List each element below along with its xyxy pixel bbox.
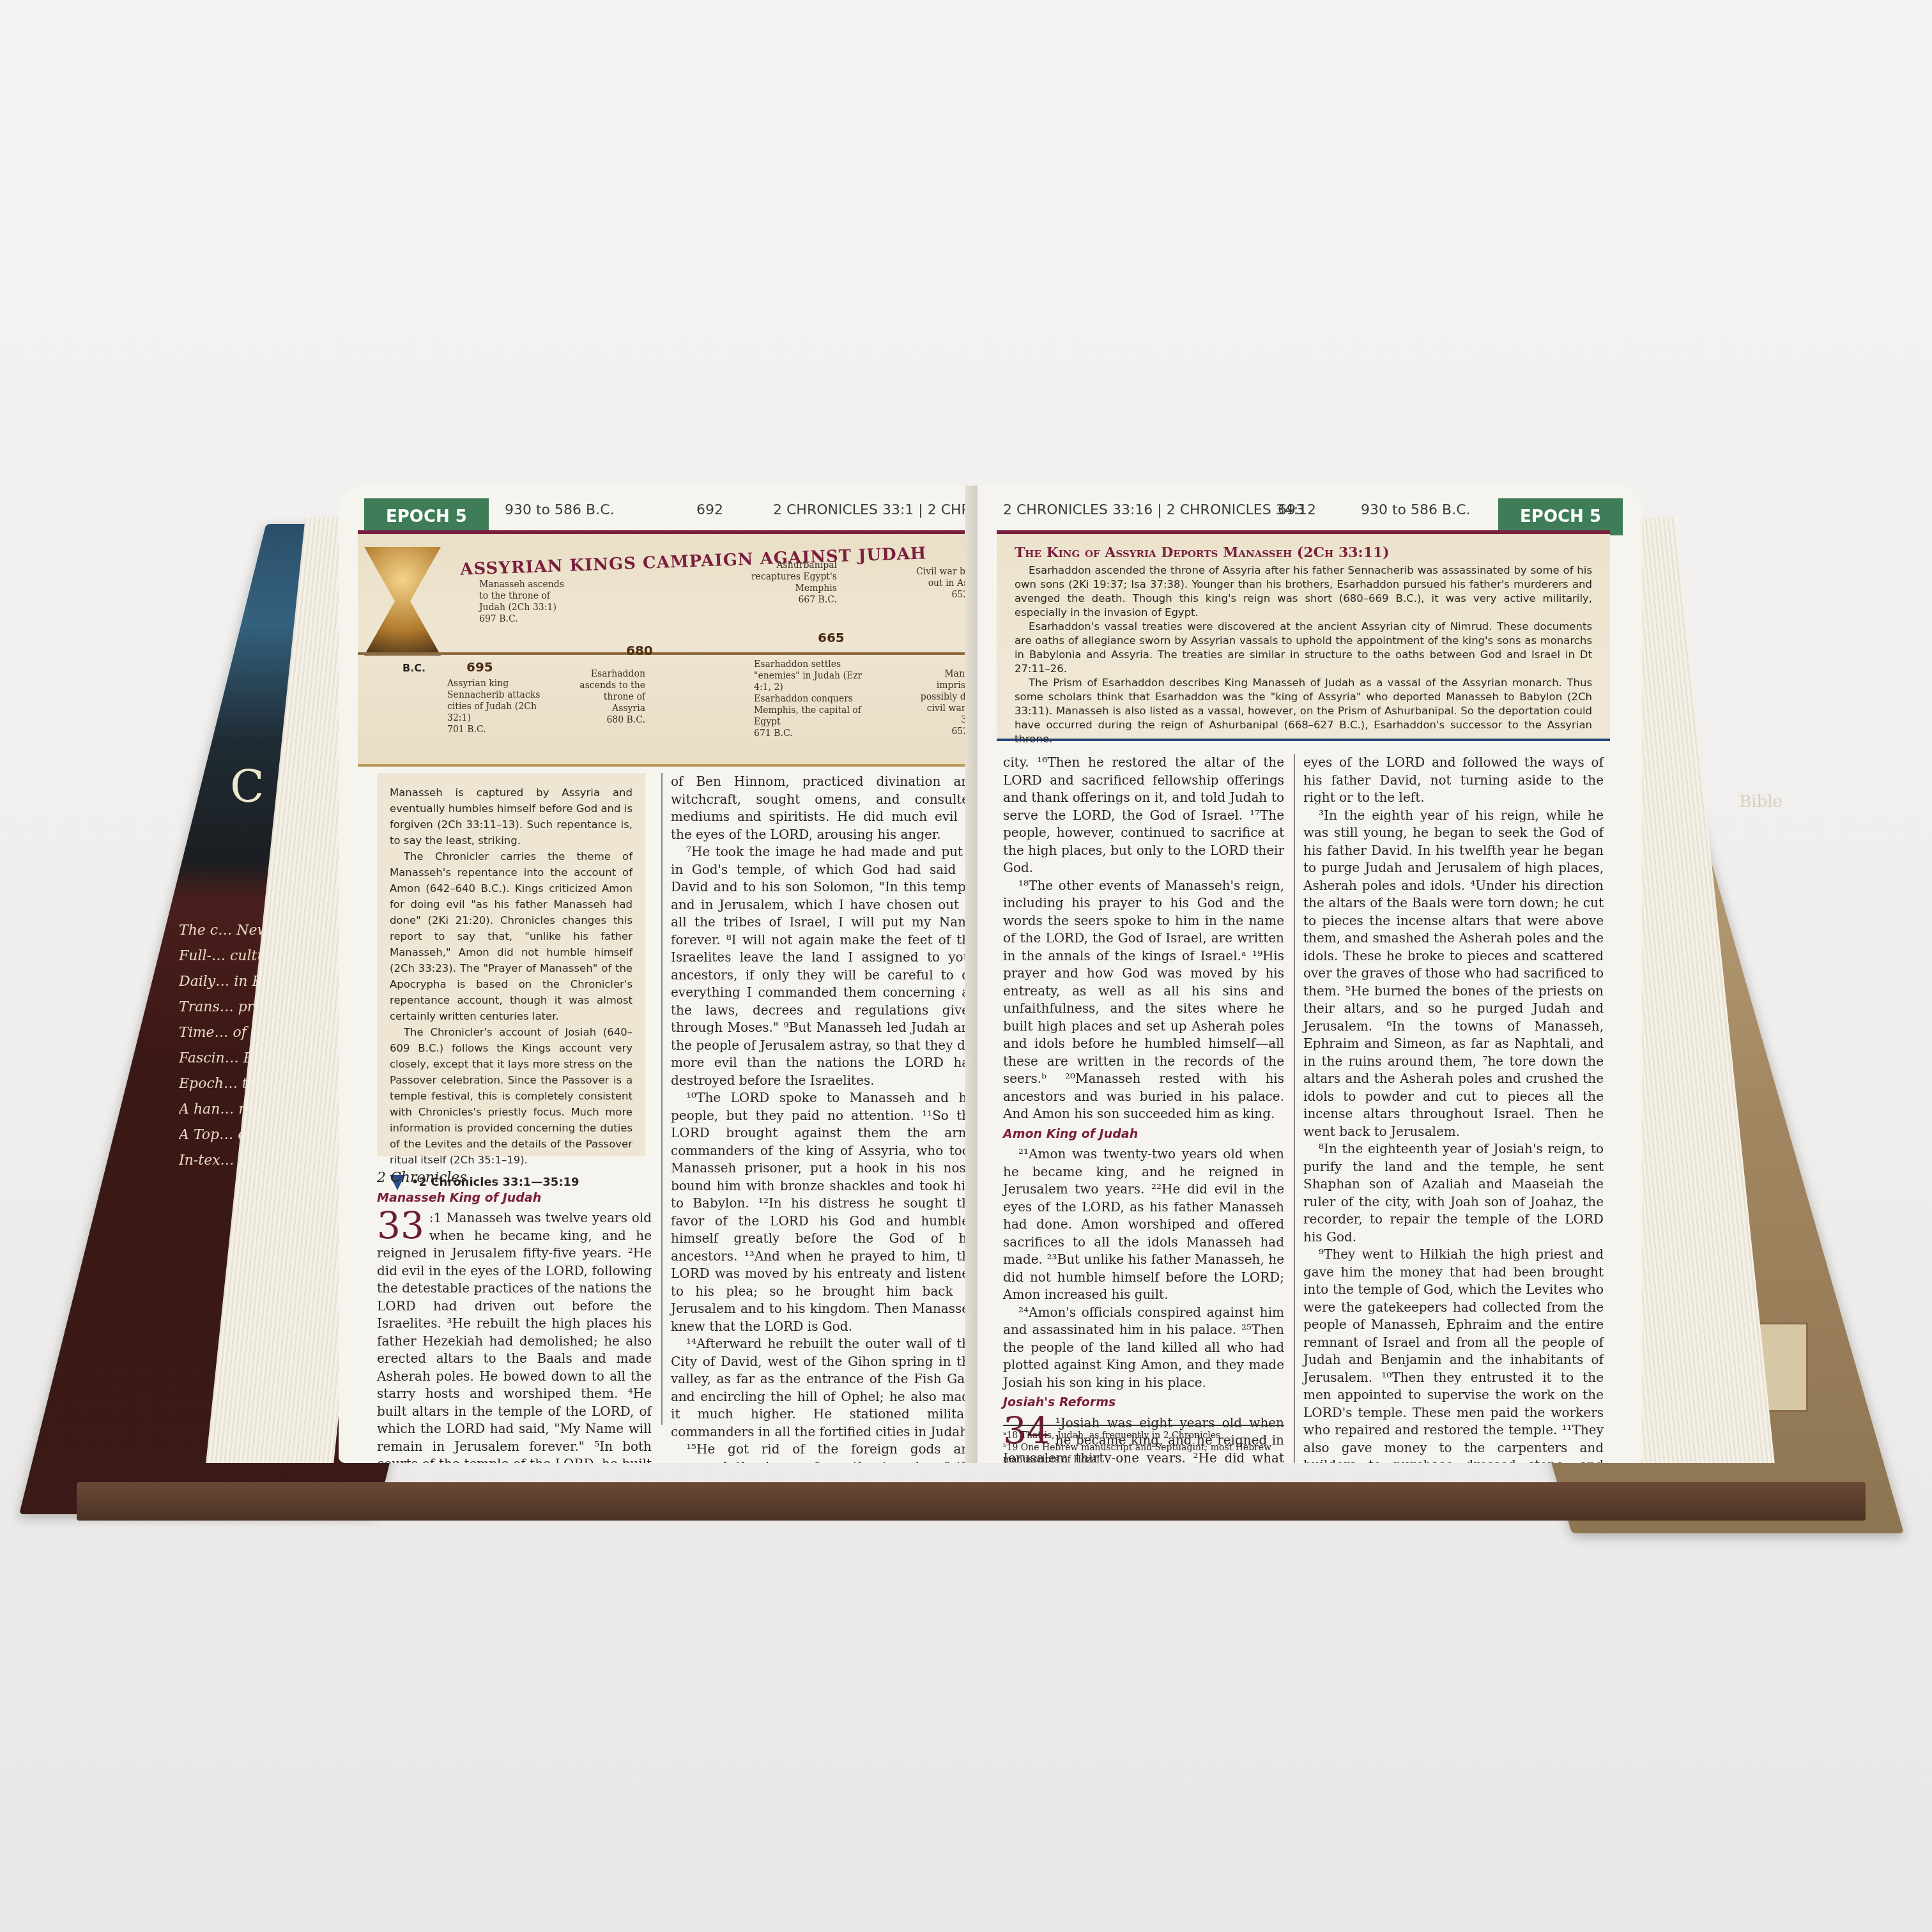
footnote: ᵇ19 One Hebrew manuscript and Septuagint… (1003, 1442, 1284, 1463)
article-title: The King of Assyria Deports Manasseh (2C… (1015, 546, 1592, 560)
timeline-event: Ashurbanipal recaptures Egypt's Memphis … (741, 560, 837, 606)
section-heading: Josiah's Reforms (1003, 1394, 1284, 1412)
timeline-year: 665 (818, 630, 845, 645)
verse-paragraph: ¹⁴Afterward he rebuilt the outer wall of… (671, 1335, 977, 1441)
open-book: EPOCH 5 930 to 586 B.C. 692 2 CHRONICLES… (256, 447, 1725, 1495)
scripture-column-2: eyes of the LORD and followed the ways o… (1303, 754, 1604, 1463)
date-range: 930 to 586 B.C. (505, 502, 615, 518)
page-number: 693 (1278, 502, 1305, 518)
column-divider (661, 773, 663, 1425)
section-heading: Amon King of Judah (1003, 1126, 1284, 1144)
verse-paragraph: ⁸In the eighteenth year of Josiah's reig… (1303, 1140, 1604, 1246)
section-heading: Manasseh King of Judah (377, 1190, 652, 1207)
article-paragraph: Esarhaddon's vassal treaties were discov… (1015, 620, 1592, 676)
cover-right-text: Bible (1739, 792, 1782, 811)
timeline-year: 680 (626, 643, 653, 658)
footnotes: ᵃ18 That is, Judah, as frequently in 2 C… (1003, 1425, 1284, 1463)
page-number: 692 (696, 502, 723, 518)
scripture-column-1: 2 Chronicles Manasseh King of Judah 33 :… (377, 1169, 652, 1463)
verse-paragraph: ¹⁸The other events of Manasseh's reign, … (1003, 877, 1284, 1123)
timeline-event: Esarhaddon ascends to the throne of Assy… (569, 668, 645, 726)
verse-paragraph: eyes of the LORD and followed the ways o… (1303, 754, 1604, 807)
study-essay: Manasseh is captured by Assyria and even… (377, 773, 645, 1156)
footnote: ᵃ18 That is, Judah, as frequently in 2 C… (1003, 1430, 1284, 1442)
running-head: 2 CHRONICLES 33:16 | 2 CHRONICLES 34:12 (1003, 502, 1316, 518)
scripture-column-2: of Ben Hinnom, practiced divination and … (671, 773, 977, 1463)
verse-paragraph: city. ¹⁶Then he restored the altar of th… (1003, 754, 1284, 877)
verse-paragraph: ¹⁵He got rid of the foreign gods and rem… (671, 1441, 977, 1463)
timeline-event: Manasseh ascends to the throne of Judah … (479, 579, 575, 625)
essay-paragraph: Manasseh is captured by Assyria and even… (390, 785, 632, 848)
article-paragraph: Esarhaddon ascended the throne of Assyri… (1015, 563, 1592, 620)
scripture-column-1: city. ¹⁶Then he restored the altar of th… (1003, 754, 1284, 1463)
verse-paragraph: ¹⁰The LORD spoke to Manasseh and his peo… (671, 1089, 977, 1335)
verse-paragraph: ⁷He took the image he had made and put i… (671, 843, 977, 1089)
feature-article: The King of Assyria Deports Manasseh (2C… (997, 530, 1610, 741)
timeline-era-label: B.C. (402, 662, 425, 674)
hourglass-icon (364, 547, 441, 655)
book-name: 2 Chronicles (377, 1169, 652, 1187)
article-paragraph: The Prism of Esarhaddon describes King M… (1015, 676, 1592, 746)
timeline-title: ASSYRIAN KINGS CAMPAIGN AGAINST JUDAH (460, 544, 927, 579)
timeline-axis (358, 652, 997, 655)
chapter-number: 33 (377, 1209, 424, 1241)
verse-paragraph: ⁹They went to Hilkiah the high priest an… (1303, 1246, 1604, 1463)
timeline-panel: ASSYRIAN KINGS CAMPAIGN AGAINST JUDAH B.… (358, 530, 997, 767)
verse-paragraph: ³In the eighth year of his reign, while … (1303, 807, 1604, 1141)
verse-paragraph: ²¹Amon was twenty-two years old when he … (1003, 1146, 1284, 1304)
essay-paragraph: The Chronicler's account of Josiah (640–… (390, 1024, 632, 1168)
left-page: EPOCH 5 930 to 586 B.C. 692 2 CHRONICLES… (339, 486, 1003, 1463)
column-divider (1294, 754, 1295, 1463)
timeline-year: 695 (466, 659, 493, 675)
right-page: 2 CHRONICLES 33:16 | 2 CHRONICLES 34:12 … (977, 486, 1642, 1463)
verse-paragraph: of Ben Hinnom, practiced divination and … (671, 773, 977, 843)
date-range: 930 to 586 B.C. (1361, 502, 1471, 518)
timeline-event: Assyrian king Sennacherib attacks cities… (447, 678, 543, 735)
essay-paragraph: The Chronicler carries the theme of Mana… (390, 848, 632, 1024)
verse-text: :1 Manasseh was twelve years old when he… (377, 1210, 652, 1463)
timeline-event: Esarhaddon settles "enemies" in Judah (E… (754, 659, 869, 739)
verse-paragraph: ²⁴Amon's officials conspired against him… (1003, 1304, 1284, 1392)
